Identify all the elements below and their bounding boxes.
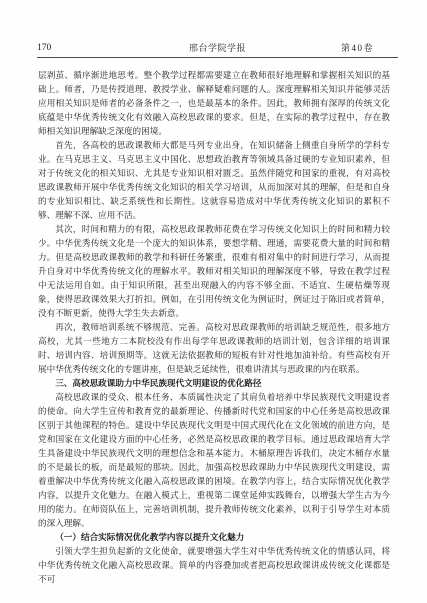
page-number: 170 (37, 43, 97, 53)
body-paragraph: 其次，时间和精力的有限，高校思政课教师花费在学习传统文化知识上的时间和精力较少。… (38, 222, 390, 320)
journal-page: 170 邢台学院学报 第40卷 层剥茧、循序渐进地思考。整个教学过程都需要建立在… (0, 0, 427, 603)
article-body: 层剥茧、循序渐进地思考。整个教学过程都需要建立在教师很好地理解和掌握相关知识的基… (38, 68, 390, 586)
body-paragraph: 再次，教师培训系统不够规范、完善。高校对思政课教师的培训缺乏规范性，很多地方高校… (38, 320, 390, 376)
subsection-heading: （一）结合实际情况优化教学内容以提升文化魅力 (38, 530, 390, 544)
body-paragraph: 层剥茧、循序渐进地思考。整个教学过程都需要建立在教师很好地理解和掌握相关知识的基… (38, 68, 390, 138)
body-paragraph: 首先，各高校的思政课教师大都是马列专业出身，在知识储备上侧重自身所学的学科专业。… (38, 138, 390, 222)
section-heading: 三、高校思政课助力中华民族现代文明建设的优化路径 (38, 376, 390, 390)
volume-label: 第40卷 (338, 43, 398, 53)
journal-title: 邢台学院学报 (189, 43, 246, 53)
body-paragraph: 高校思政课的受众、根本任务、本质属性决定了其肩负着培养中华民族现代文明建设者的使… (38, 390, 390, 530)
page-header: 170 邢台学院学报 第40卷 (37, 43, 398, 58)
body-paragraph: 引领大学生担负起新的文化使命，就要增强大学生对中华优秀传统文化的情感认同，将中华… (38, 544, 390, 586)
